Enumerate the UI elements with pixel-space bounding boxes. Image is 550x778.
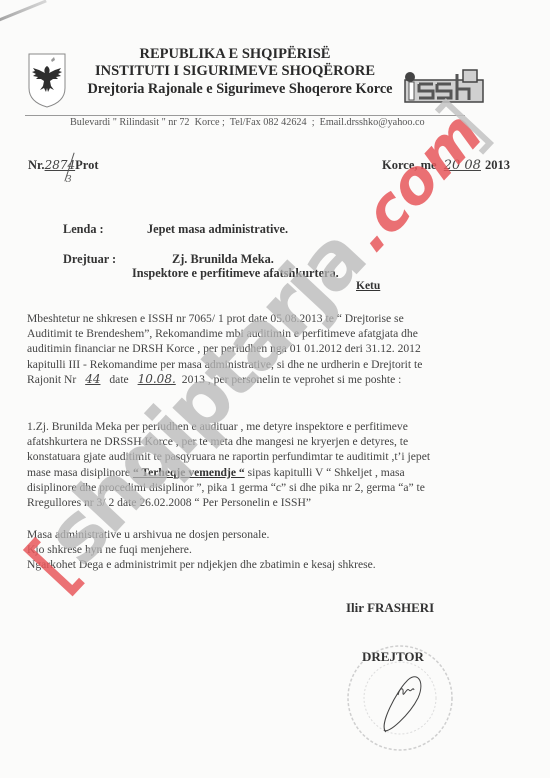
disciplinary-measure: “ Terheqje vemendje “ [133, 466, 245, 479]
place-date: Korce, me 20 082013 [382, 158, 510, 173]
subject-label: Lenda : [63, 222, 104, 237]
addressee-title: Inspektore e perfitimeve afatshkurtera. [132, 266, 339, 281]
document-page: REPUBLIKA E SHQIPËRISË INSTITUTI I SIGUR… [0, 0, 550, 778]
item-line: Rregullores nr 3/ 2 date 26.02.2008 “ Pe… [27, 495, 497, 510]
contact-address: Bulevardi " Rilindasit " nr 72 Korce ; T… [70, 117, 425, 128]
closing-line: Kjo shkrese hyn ne fuqi menjehere. [27, 542, 497, 557]
item-line: konstatuara gjate auditimit te pasqyruar… [27, 449, 497, 464]
handwritten-sub-number: 3 [66, 173, 72, 185]
handwritten-order-date: 10.08. [132, 372, 182, 386]
closing-paragraph: Masa administrative u arshivua ne dosjen… [27, 527, 497, 573]
header-divider [25, 115, 465, 116]
intro-line: Auditimit te Brendeshem”, Rekomandime mb… [27, 326, 497, 341]
directorate-title: Drejtoria Rajonale e Sigurimeve Shoqeror… [70, 80, 410, 98]
issh-logo-icon [403, 68, 487, 104]
signatory-title: DREJTOR [362, 649, 424, 665]
closing-line: Masa administrative u arshivua ne dosjen… [27, 527, 497, 542]
here-label: Ketu [356, 280, 380, 292]
item-line: afatshkurtera ne DRSSH Korce , per te me… [27, 434, 497, 449]
protocol-number: Nr.2874Prot 3 [28, 158, 98, 173]
intro-paragraph: Mbeshtetur ne shkresen e ISSH nr 7065/ 1… [27, 311, 497, 387]
letterhead: REPUBLIKA E SHQIPËRISË INSTITUTI I SIGUR… [60, 46, 410, 98]
handwritten-order-number: 44 [79, 372, 106, 386]
page-fold-shadow [0, 0, 47, 25]
intro-line: kapitulli III - Rekomandime per masa adm… [27, 357, 497, 372]
item-1-paragraph: 1.Zj. Brunilda Meka per periudhen e audi… [27, 419, 497, 510]
closing-line: Ngarkohet Dega e administrimit per ndjek… [27, 557, 497, 572]
intro-line: auditimin financiar ne DRSH Korce , per … [27, 341, 497, 356]
addressee-label: Drejtuar : [63, 252, 116, 267]
item-line: disiplinore dhe procedimi disiplinor ”, … [27, 480, 497, 495]
item-line: 1.Zj. Brunilda Meka per periudhen e audi… [27, 419, 497, 434]
intro-line: Mbeshtetur ne shkresen e ISSH nr 7065/ 1… [27, 311, 497, 326]
signatory-name: Ilir FRASHERI [346, 600, 434, 616]
handwritten-date: 20 08 [440, 158, 485, 173]
intro-line: Rajonit Nr 44 date 10.08.2013 , per pers… [27, 372, 497, 387]
institute-title: INSTITUTI I SIGURIMEVE SHOQËRORE [60, 63, 410, 80]
subject-value: Jepet masa administrative. [147, 222, 288, 237]
republic-title: REPUBLIKA E SHQIPËRISË [60, 46, 410, 63]
addressee-name: Zj. Brunilda Meka. [172, 252, 274, 267]
item-line: mase masa disiplinore “ Terheqje vemendj… [27, 465, 497, 480]
